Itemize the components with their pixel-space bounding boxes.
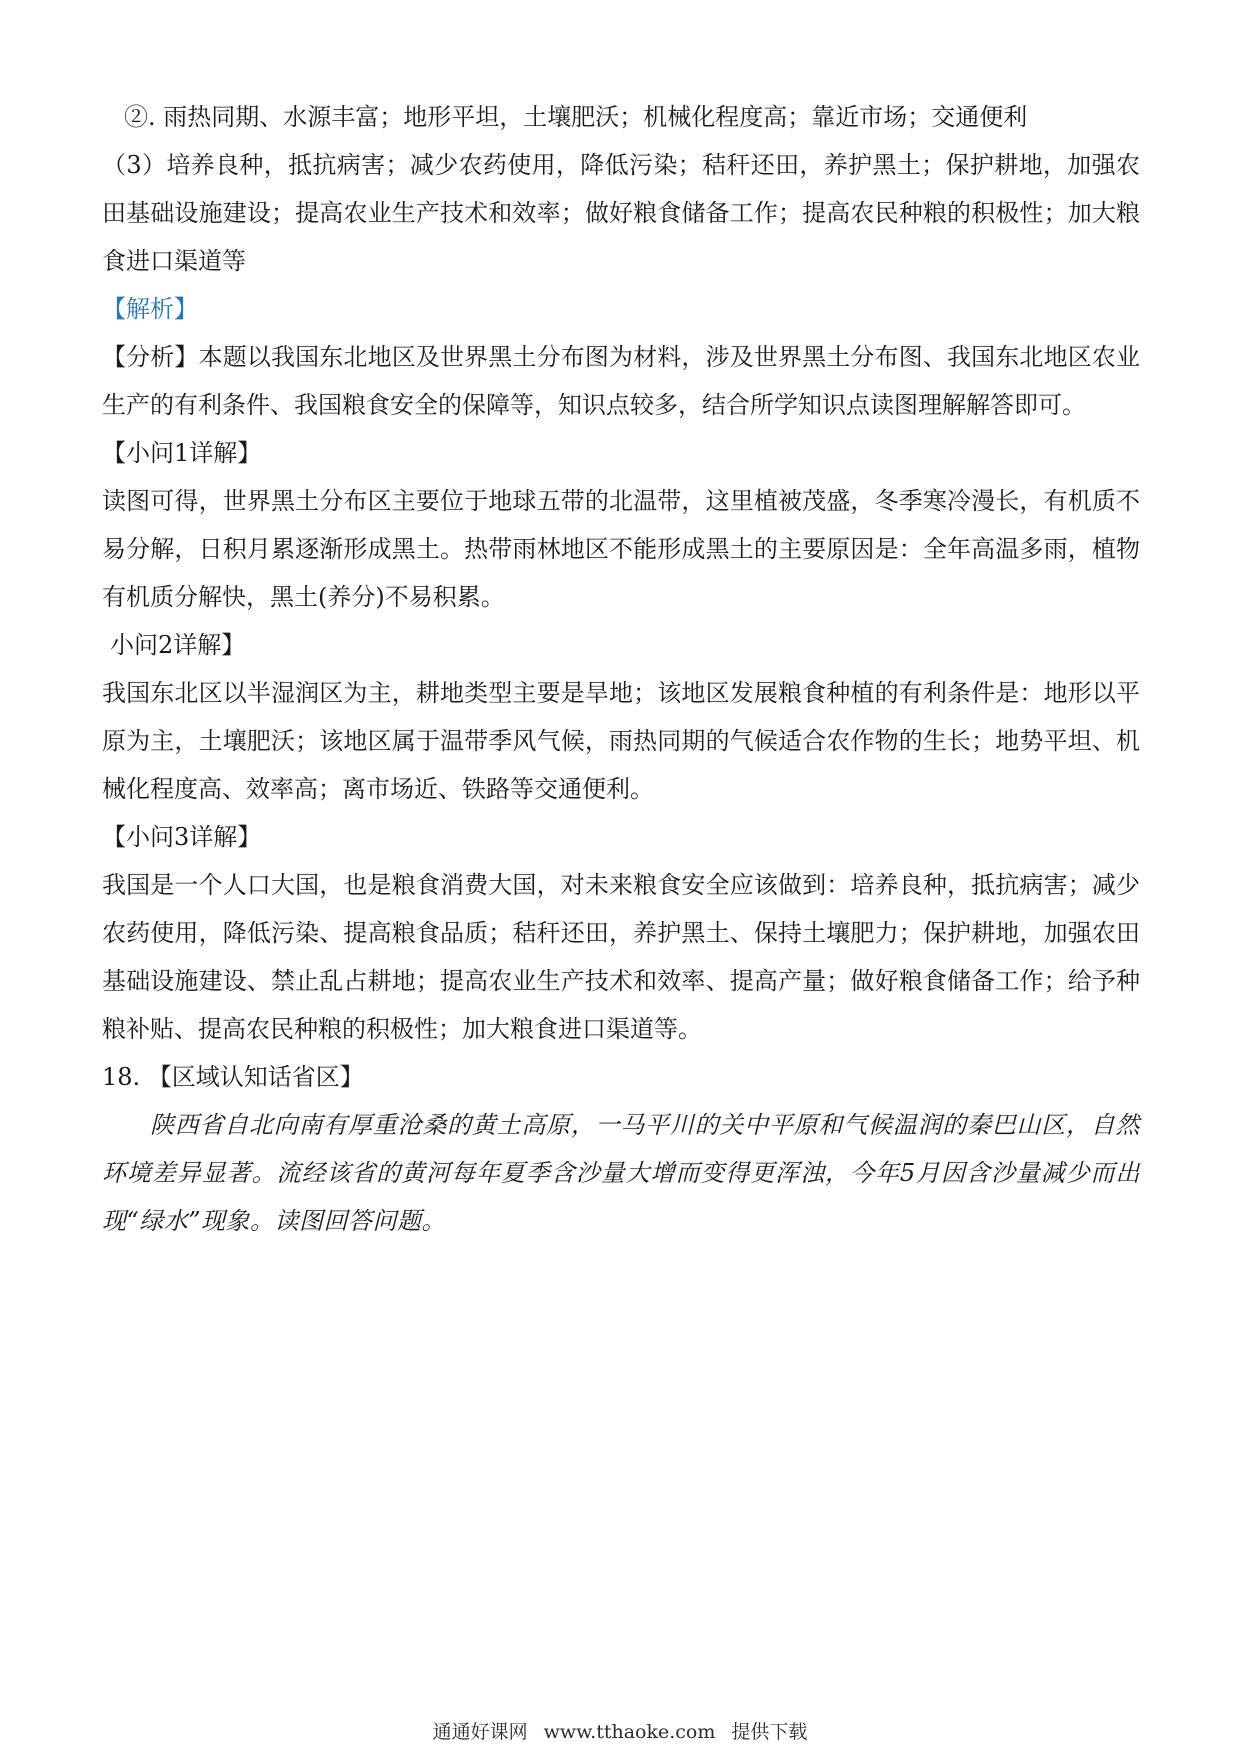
answer-2-line: ②. 雨热同期、水源丰富；地形平坦，土壤肥沃；机械化程度高；靠近市场；交通便利 — [102, 93, 1140, 141]
footer-suffix: 提供下载 — [731, 1721, 807, 1743]
fenxi-paragraph: 【分析】本题以我国东北地区及世界黑土分布图为材料，涉及世界黑土分布图、我国东北地… — [102, 333, 1140, 429]
answer-3-line: （3）培养良种，抵抗病害；减少农药使用，降低污染；秸秆还田，养护黑土；保护耕地，… — [102, 141, 1140, 285]
question-18-heading: 18. 【区域认知话省区】 — [102, 1053, 1140, 1101]
question-18-material: 陕西省自北向南有厚重沧桑的黄土高原，一马平川的关中平原和气候温润的秦巴山区，自然… — [102, 1101, 1140, 1245]
footer-url: www.tthaoke.com — [544, 1721, 716, 1743]
footer-site-name: 通通好课网 — [433, 1721, 528, 1743]
jiexi-label: 【解析】 — [102, 285, 1140, 333]
xiaowen3-body: 我国是一个人口大国，也是粮食消费大国，对未来粮食安全应该做到：培养良种，抵抗病害… — [102, 861, 1140, 1053]
xiaowen3-label: 【小问3详解】 — [102, 813, 1140, 861]
xiaowen2-body: 我国东北区以半湿润区为主，耕地类型主要是旱地；该地区发展粮食种植的有利条件是：地… — [102, 669, 1140, 813]
xiaowen2-label: 小问2详解】 — [102, 621, 1140, 669]
xiaowen1-body: 读图可得，世界黑土分布区主要位于地球五带的北温带，这里植被茂盛，冬季寒冷漫长，有… — [102, 477, 1140, 621]
document-page: ②. 雨热同期、水源丰富；地形平坦，土壤肥沃；机械化程度高；靠近市场；交通便利 … — [0, 0, 1240, 1754]
xiaowen1-label: 【小问1详解】 — [102, 429, 1140, 477]
page-footer: 通通好课网 www.tthaoke.com 提供下载 — [0, 1720, 1240, 1744]
document-body: ②. 雨热同期、水源丰富；地形平坦，土壤肥沃；机械化程度高；靠近市场；交通便利 … — [102, 93, 1140, 1245]
